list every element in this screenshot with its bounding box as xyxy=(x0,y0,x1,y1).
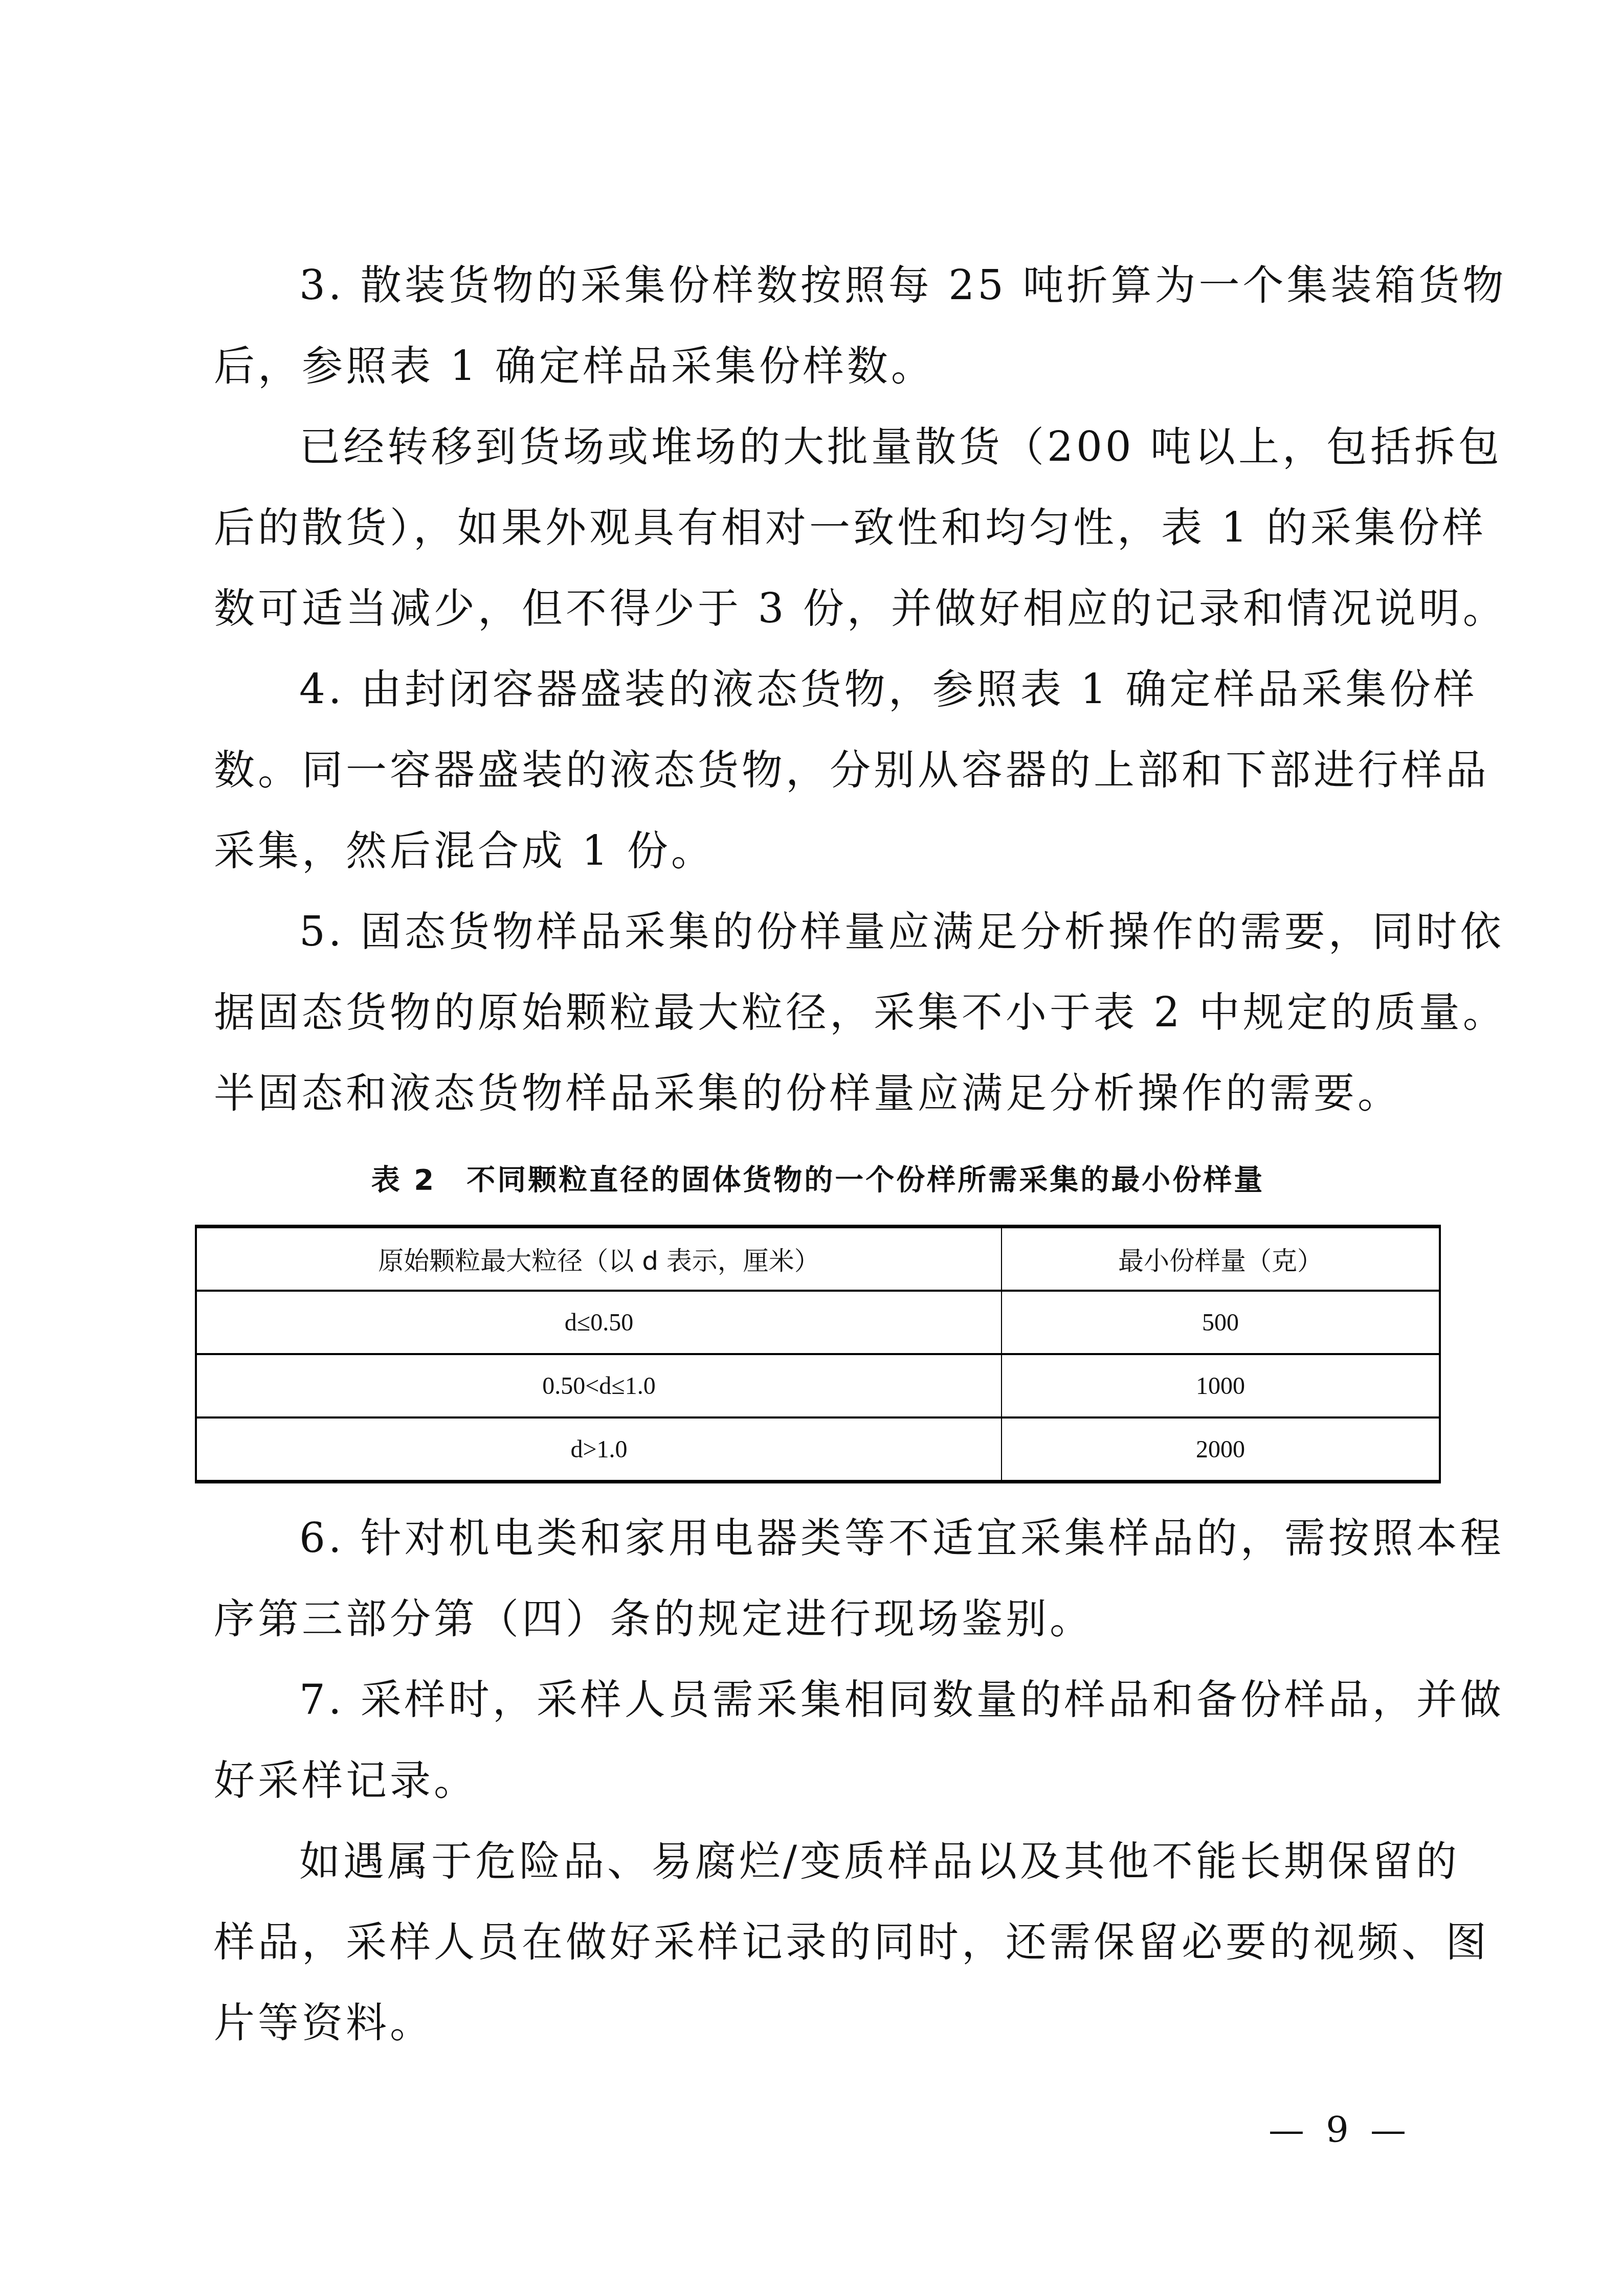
header-particle-size: 原始颗粒最大粒径（以 d 表示，厘米） xyxy=(196,1227,1002,1291)
page-number: — 9 — xyxy=(1269,2107,1411,2153)
paragraph-6-line-1: 6. 针对机电类和家用电器类等不适宜采集样品的，需按照本程 xyxy=(299,1514,1426,1563)
table-row: d>1.0 2000 xyxy=(196,1417,1440,1482)
paragraph-7-line-2: 好采样记录。 xyxy=(214,1756,1426,1805)
paragraph-bulk-line-2: 后的散货），如果外观具有相对一致性和均匀性，表 1 的采集份样 xyxy=(214,503,1426,552)
cell-min-sample: 2000 xyxy=(1002,1417,1440,1482)
paragraph-5-line-1: 5. 固态货物样品采集的份样量应满足分析操作的需要，同时依 xyxy=(299,907,1426,956)
paragraph-4-line-3: 采集，然后混合成 1 份。 xyxy=(214,826,1426,875)
table-header-row: 原始颗粒最大粒径（以 d 表示，厘米） 最小份样量（克） xyxy=(196,1227,1440,1291)
paragraph-5-line-3: 半固态和液态货物样品采集的份样量应满足分析操作的需要。 xyxy=(214,1069,1426,1118)
cell-particle-size: d≤0.50 xyxy=(196,1291,1002,1354)
paragraph-bulk-line-3: 数可适当减少，但不得少于 3 份，并做好相应的记录和情况说明。 xyxy=(214,584,1426,633)
cell-min-sample: 1000 xyxy=(1002,1354,1440,1417)
table-row: 0.50<d≤1.0 1000 xyxy=(196,1354,1440,1417)
paragraph-bulk-line-1: 已经转移到货场或堆场的大批量散货（200 吨以上，包括拆包 xyxy=(299,422,1426,471)
table-caption: 表 2 不同颗粒直径的固体货物的一个份样所需采集的最小份样量 xyxy=(195,1160,1441,1201)
paragraph-4-line-1: 4. 由封闭容器盛装的液态货物，参照表 1 确定样品采集份样 xyxy=(299,665,1426,714)
paragraph-hazard-line-1: 如遇属于危险品、易腐烂/变质样品以及其他不能长期保留的 xyxy=(299,1837,1426,1886)
paragraph-hazard-line-2: 样品，采样人员在做好采样记录的同时，还需保留必要的视频、图 xyxy=(214,1918,1426,1967)
cell-min-sample: 500 xyxy=(1002,1291,1440,1354)
header-min-sample: 最小份样量（克） xyxy=(1002,1227,1440,1291)
paragraph-hazard-line-3: 片等资料。 xyxy=(214,1998,1426,2047)
paragraph-3-line-1: 3. 散装货物的采集份样数按照每 25 吨折算为一个集装箱货物 xyxy=(299,261,1426,310)
sample-quantity-table: 原始颗粒最大粒径（以 d 表示，厘米） 最小份样量（克） d≤0.50 500 … xyxy=(195,1225,1441,1483)
cell-particle-size: d>1.0 xyxy=(196,1417,1002,1482)
paragraph-6-line-2: 序第三部分第（四）条的规定进行现场鉴别。 xyxy=(214,1594,1426,1644)
paragraph-7-line-1: 7. 采样时，采样人员需采集相同数量的样品和备份样品，并做 xyxy=(299,1675,1426,1724)
table-row: d≤0.50 500 xyxy=(196,1291,1440,1354)
paragraph-5-line-2: 据固态货物的原始颗粒最大粒径，采集不小于表 2 中规定的质量。 xyxy=(214,988,1426,1037)
paragraph-3-line-2: 后，参照表 1 确定样品采集份样数。 xyxy=(214,342,1426,391)
cell-particle-size: 0.50<d≤1.0 xyxy=(196,1354,1002,1417)
paragraph-4-line-2: 数。同一容器盛装的液态货物，分别从容器的上部和下部进行样品 xyxy=(214,746,1426,795)
